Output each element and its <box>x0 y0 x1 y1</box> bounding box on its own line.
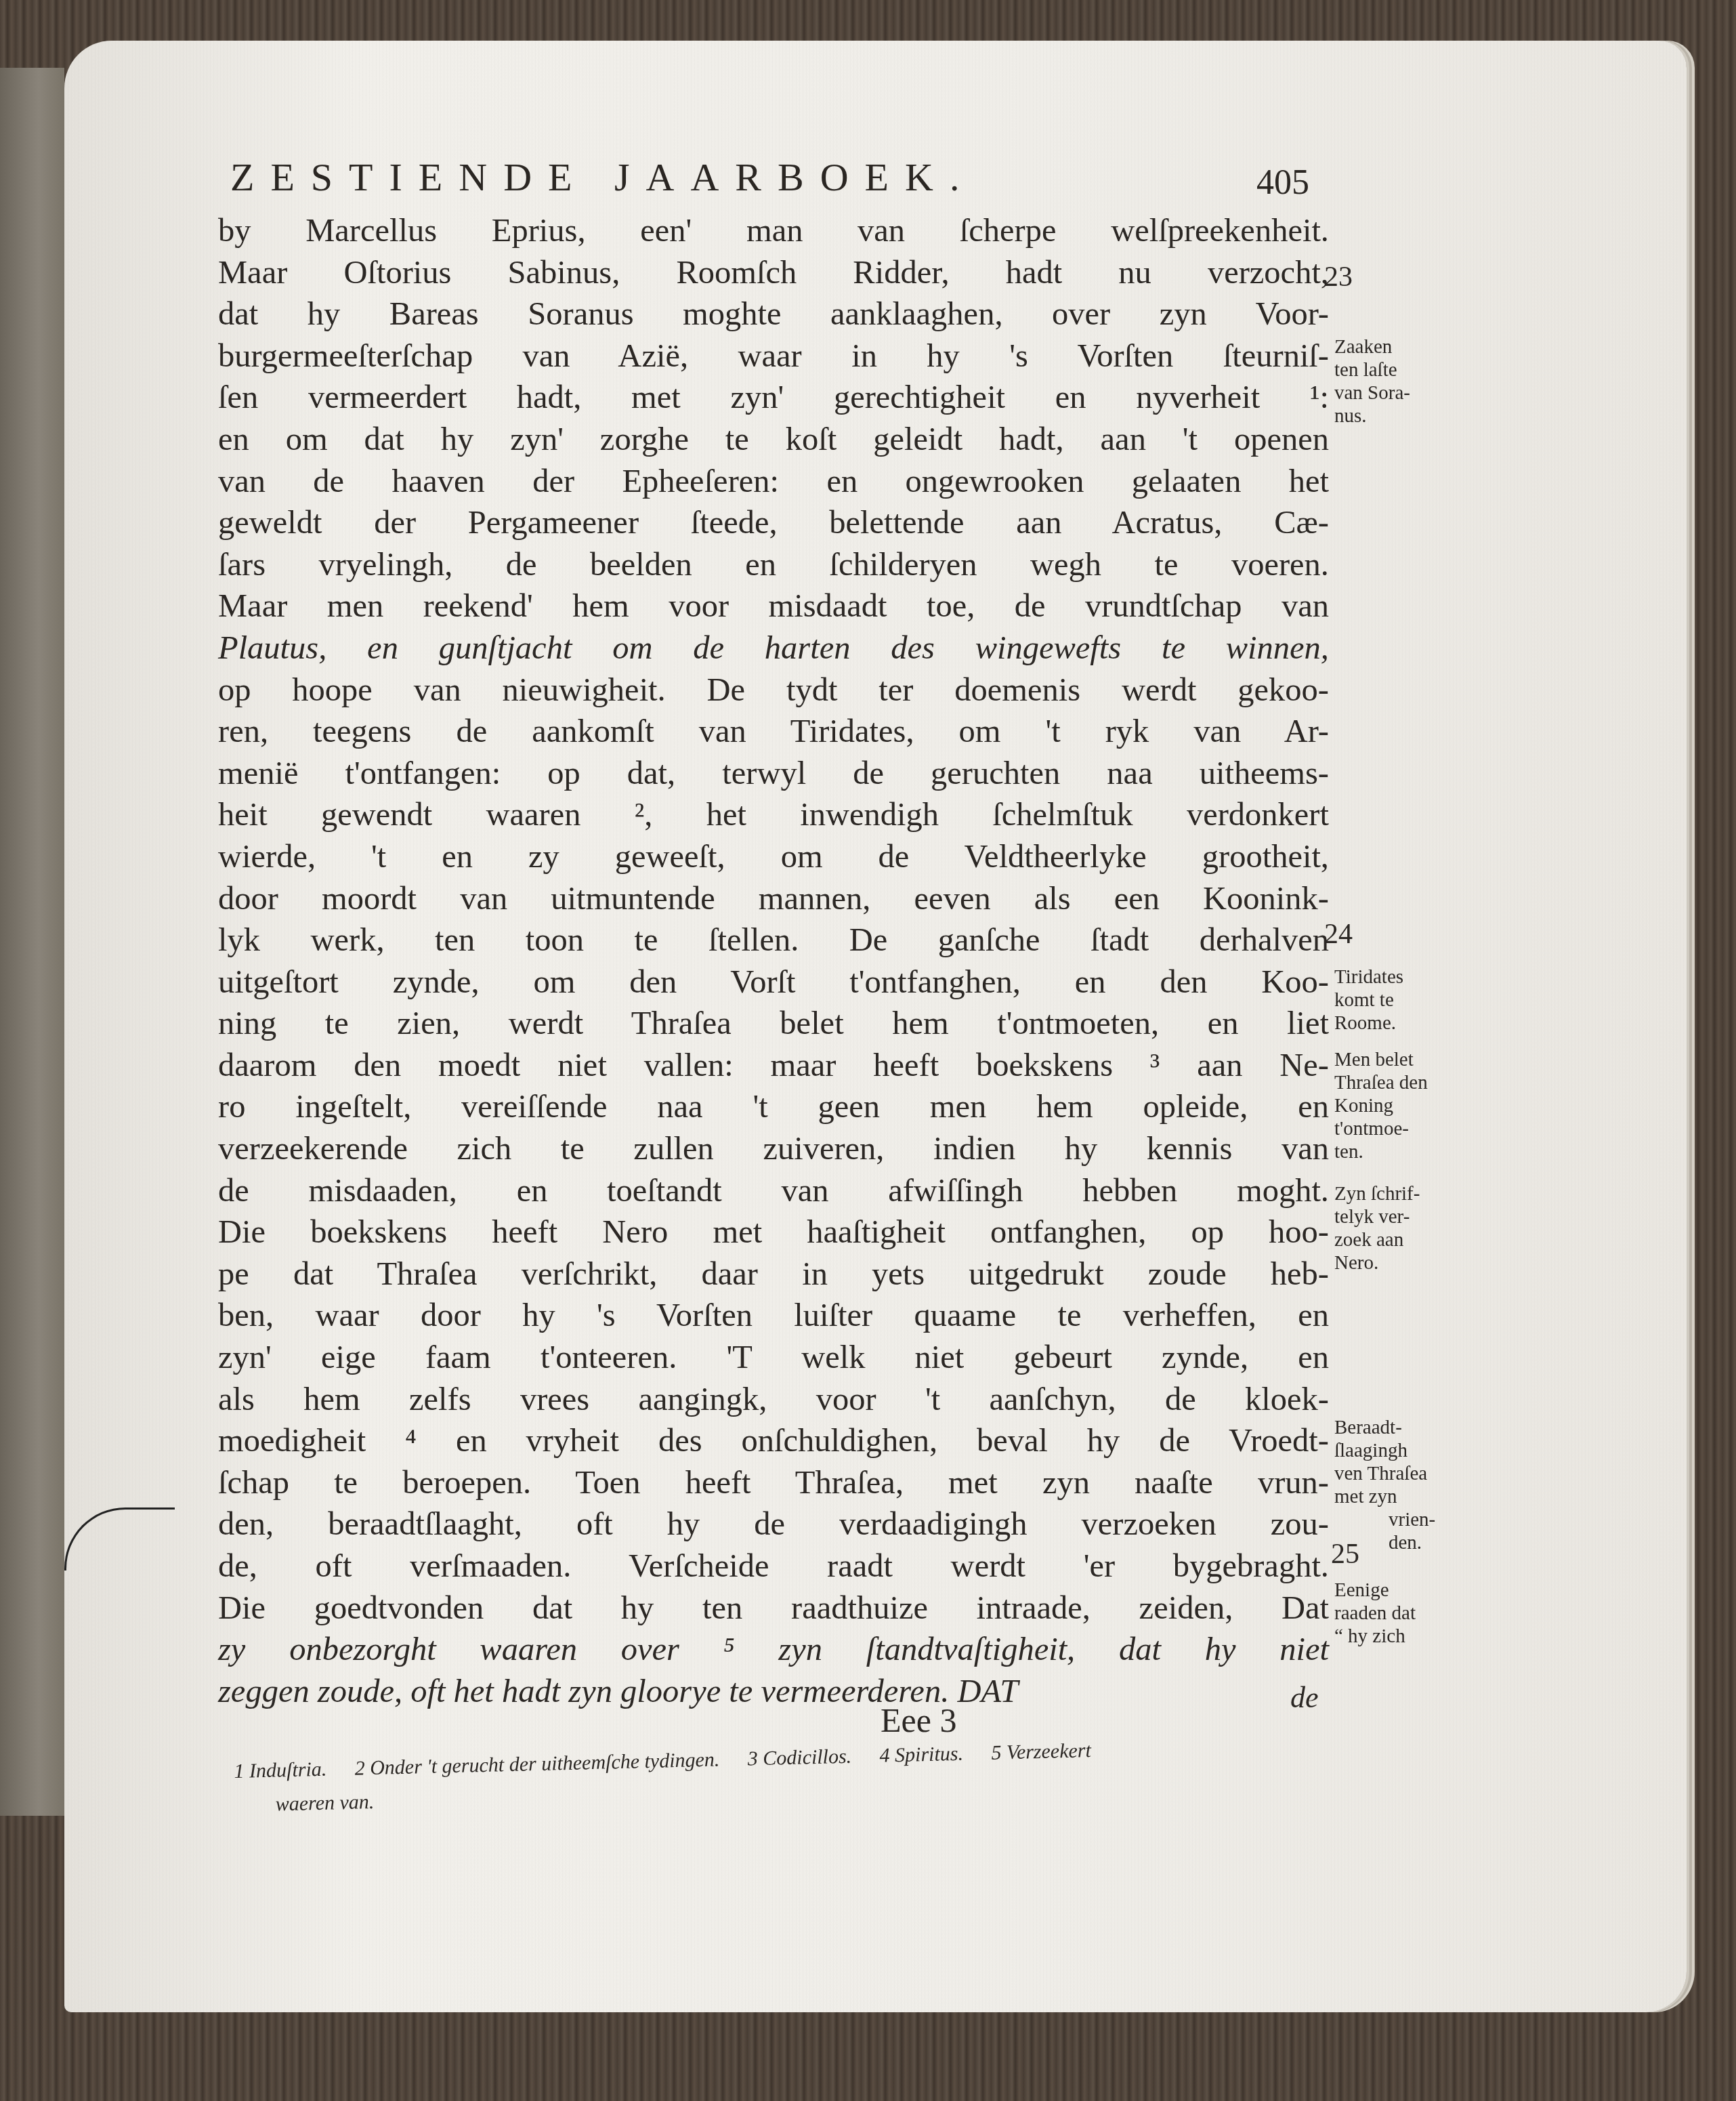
text-line: zy onbezorght waaren over ⁵ zyn ſtandtva… <box>218 1629 1329 1671</box>
running-head: ZESTIENDE JAARBOEK. <box>230 154 1328 200</box>
marginal-line: Beraadt- <box>1334 1416 1470 1439</box>
page-number: 405 <box>1256 163 1309 203</box>
text-line: ning te zien, werdt Thraſea belet hem t'… <box>218 1003 1329 1045</box>
text-line: en om dat hy zyn' zorghe te koſt geleidt… <box>218 419 1329 461</box>
marginal-line: Tiridates <box>1334 965 1470 989</box>
marginal-line: Zyn ſchrif- <box>1334 1182 1470 1205</box>
text-line: menië t'ontfangen: op dat, terwyl de ger… <box>218 753 1329 795</box>
text-line: geweldt der Pergameener ſteede, beletten… <box>218 502 1329 544</box>
marginal-note: Zaaken ten laſte van Sora- nus. <box>1334 335 1470 428</box>
text-line: ſchap te beroepen. Toen heeft Thraſea, m… <box>218 1462 1329 1504</box>
text-line: verzeekerende zich te zullen zuiveren, i… <box>218 1128 1329 1170</box>
text-line: ben, waar door hy 's Vorſten luiſter qua… <box>218 1295 1329 1337</box>
marginal-note: Tiridates komt te Roome. <box>1334 965 1470 1035</box>
text-line: moedigheit ⁴ en vryheit des onſchuldighe… <box>218 1420 1329 1462</box>
marginal-line: ten laſte <box>1334 358 1470 381</box>
marginal-note: Zyn ſchrif- telyk ver- zoek aan Nero. <box>1334 1182 1470 1274</box>
text-line: de, oft verſmaaden. Verſcheide raadt wer… <box>218 1545 1329 1587</box>
book-spine <box>0 68 64 1816</box>
text-line: by Marcellus Eprius, een' man van ſcherp… <box>218 210 1329 252</box>
marginal-line: Men belet <box>1334 1048 1470 1071</box>
text-line: dat hy Bareas Soranus moghte aanklaaghen… <box>218 293 1329 335</box>
marginal-line: vrien- <box>1334 1508 1470 1531</box>
marginal-line: “ hy zich <box>1334 1625 1470 1648</box>
text-line: pe dat Thraſea verſchrikt, daar in yets … <box>218 1253 1329 1295</box>
section-number: 24 <box>1324 918 1353 951</box>
catchword: de <box>1290 1680 1319 1715</box>
text-line: zeggen zoude, oft het hadt zyn gloorye t… <box>218 1671 1329 1713</box>
text-line: de misdaaden, en toeſtandt van afwiſſing… <box>218 1170 1329 1212</box>
marginal-note: Men belet Thraſea den Koning t'ontmoe- t… <box>1334 1048 1470 1163</box>
marginal-line: ten. <box>1334 1140 1470 1163</box>
text-line: den, beraadtſlaaght, oft hy de verdaadig… <box>218 1503 1329 1545</box>
main-text-block: by Marcellus Eprius, een' man van ſcherp… <box>218 210 1329 1712</box>
text-line: lyk werk, ten toon te ſtellen. De ganſch… <box>218 919 1329 961</box>
text-line: Maar Oſtorius Sabinus, Roomſch Ridder, h… <box>218 252 1329 294</box>
text-line: zyn' eige faam t'onteeren. 'T welk niet … <box>218 1337 1329 1379</box>
marginal-note: Eenige raaden dat “ hy zich <box>1334 1579 1470 1648</box>
section-number: 23 <box>1324 261 1353 293</box>
text-line: door moordt van uitmuntende mannen, eeve… <box>218 878 1329 920</box>
marginal-line: Thraſea den <box>1334 1071 1470 1094</box>
text-line: wierde, 't en zy geweeſt, om de Veldthee… <box>218 836 1329 878</box>
marginal-line: komt te <box>1334 989 1470 1012</box>
footnote: 1 Induſtria. <box>234 1758 326 1783</box>
marginal-line: t'ontmoe- <box>1334 1117 1470 1140</box>
marginal-line: zoek aan <box>1334 1228 1470 1251</box>
text-line: ſars vryelingh, de beelden en ſchilderye… <box>218 544 1329 586</box>
marginal-line: Koning <box>1334 1094 1470 1117</box>
text-line: daarom den moedt niet vallen: maar heeft… <box>218 1045 1329 1087</box>
footnote: 5 Verzeekert <box>991 1739 1091 1764</box>
footnote: 4 Spiritus. <box>879 1743 963 1767</box>
marginal-line: van Sora- <box>1334 381 1470 404</box>
marginal-line: Nero. <box>1334 1251 1470 1274</box>
marginal-line: ſlaagingh <box>1334 1439 1470 1462</box>
text-line: Maar men reekend' hem voor misdaadt toe,… <box>218 585 1329 627</box>
text-line: Die goedtvonden dat hy ten raadthuize in… <box>218 1587 1329 1629</box>
marginal-line: Roome. <box>1334 1012 1470 1035</box>
marginal-line: Zaaken <box>1334 335 1470 358</box>
marginal-line: met zyn <box>1334 1485 1470 1508</box>
text-line: als hem zelfs vrees aangingk, voor 't aa… <box>218 1379 1329 1421</box>
marginal-line: raaden dat <box>1334 1602 1470 1625</box>
marginal-line: telyk ver- <box>1334 1205 1470 1228</box>
text-line: ſen vermeerdert hadt, met zyn' gerechtig… <box>218 377 1329 419</box>
footnote: 3 Codicillos. <box>747 1745 851 1770</box>
marginal-line: nus. <box>1334 404 1470 428</box>
signature-mark: Eee 3 <box>881 1701 956 1740</box>
text-line: Plautus, en gunſtjacht om de harten des … <box>218 627 1329 669</box>
text-line: op hoope van nieuwigheit. De tydt ter do… <box>218 669 1329 711</box>
marginal-note: Beraadt- ſlaagingh ven Thraſea met zyn v… <box>1334 1416 1470 1554</box>
text-line: burgermeeſterſchap van Azië, waar in hy … <box>218 335 1329 377</box>
text-line: heit gewendt waaren ², het inwendigh ſch… <box>218 794 1329 836</box>
marginal-line: den. <box>1334 1531 1470 1554</box>
text-line: ren, teegens de aankomſt van Tiridates, … <box>218 711 1329 753</box>
footnote: 2 Onder 't gerucht der uitheemſche tydin… <box>354 1748 719 1779</box>
marginal-line: ven Thraſea <box>1334 1462 1470 1485</box>
text-line: van de haaven der Epheeſeren: en ongewro… <box>218 461 1329 503</box>
marginal-line: Eenige <box>1334 1579 1470 1602</box>
text-line: uitgeſtort zynde, om den Vorſt t'ontfang… <box>218 961 1329 1003</box>
text-line: Die boekskens heeft Nero met haaſtigheit… <box>218 1211 1329 1253</box>
text-line: ro ingeſtelt, vereiſſende naa 't geen me… <box>218 1086 1329 1128</box>
